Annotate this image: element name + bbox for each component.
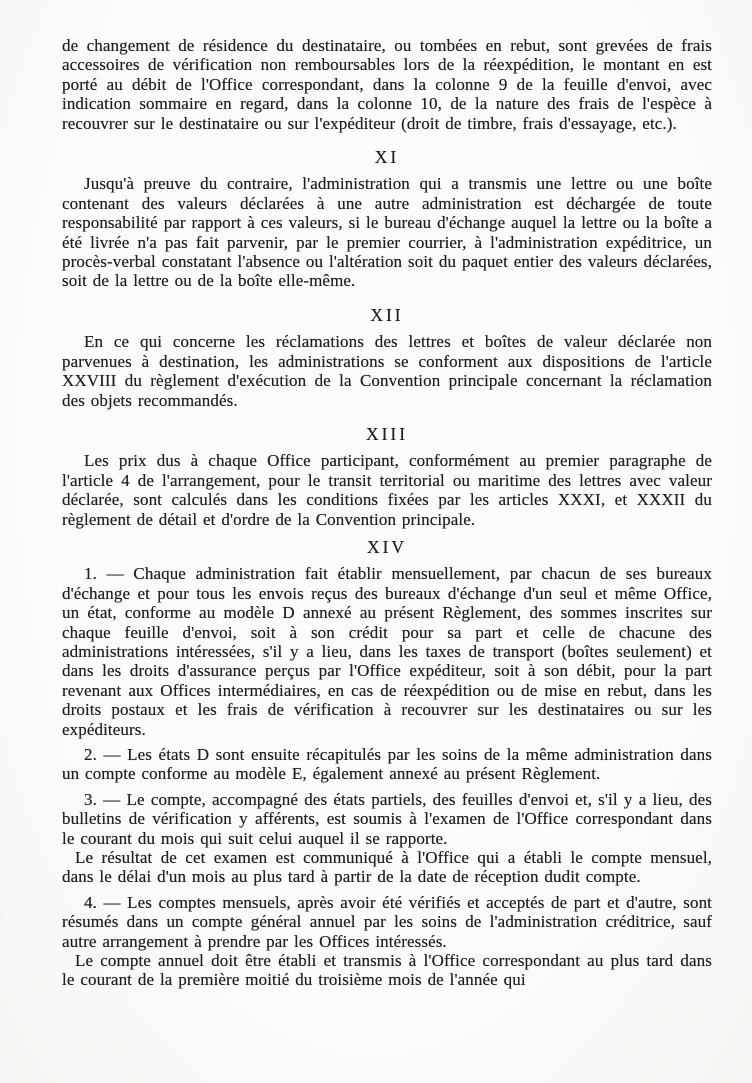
section-xiv-paragraph-3-continuation: Le résultat de cet examen est communiqué… bbox=[62, 848, 712, 887]
section-xi-paragraph: Jusqu'à preuve du contraire, l'administr… bbox=[62, 174, 712, 290]
page-text-block: de changement de résidence du destinatai… bbox=[62, 36, 712, 990]
section-xii-paragraph: En ce qui concerne les réclamations des … bbox=[62, 332, 712, 410]
section-heading-xiv: XIV bbox=[62, 538, 712, 557]
section-xiii-paragraph: Les prix dus à chaque Office participant… bbox=[62, 451, 712, 529]
section-heading-xi: XI bbox=[62, 148, 712, 167]
section-xiv-paragraph-3: 3. — Le compte, accompagné des états par… bbox=[62, 790, 712, 848]
section-heading-xiii: XIII bbox=[62, 425, 712, 444]
scanned-document-page: de changement de résidence du destinatai… bbox=[0, 0, 752, 1083]
section-xiv-paragraph-4: 4. — Les comptes mensuels, après avoir é… bbox=[62, 893, 712, 951]
section-xiv-paragraph-2: 2. — Les états D sont ensuite récapitulé… bbox=[62, 745, 712, 784]
intro-paragraph: de changement de résidence du destinatai… bbox=[62, 36, 712, 133]
section-xiv-paragraph-1: 1. — Chaque administration fait établir … bbox=[62, 564, 712, 739]
section-xiv-paragraph-4-continuation: Le compte annuel doit être établi et tra… bbox=[62, 951, 712, 990]
section-heading-xii: XII bbox=[62, 306, 712, 325]
